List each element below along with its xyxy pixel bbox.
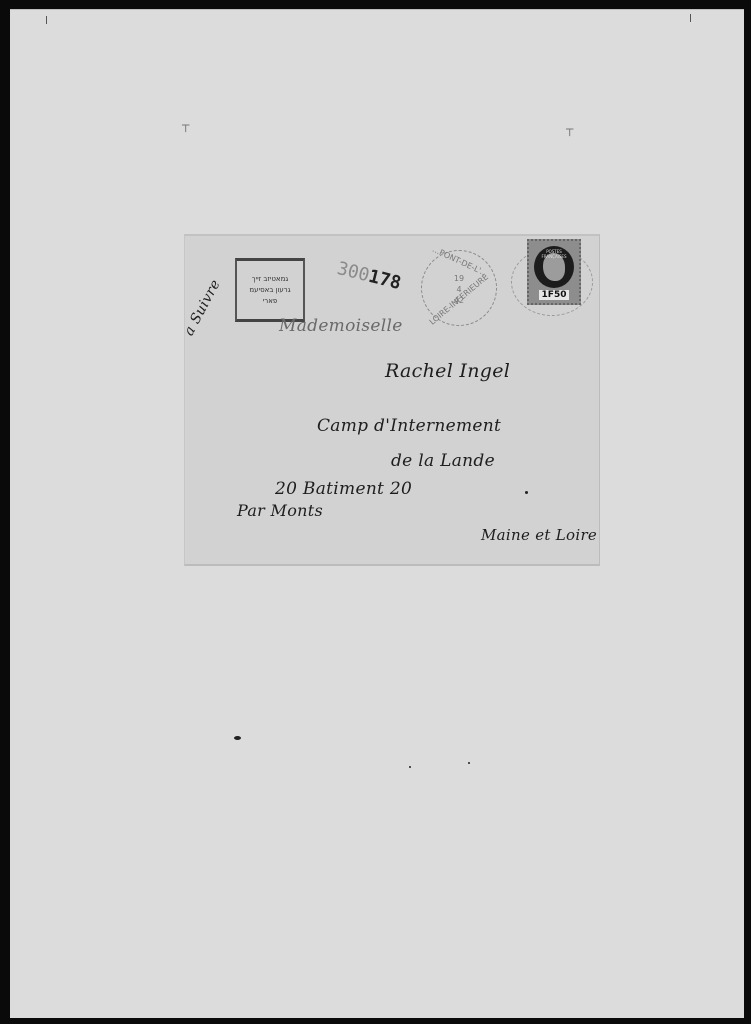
stamp-portrait: POSTES FRANÇAISES <box>534 246 574 288</box>
ink-speck <box>234 736 241 740</box>
stamp-value: 1F50 <box>539 290 570 300</box>
scan-mark <box>690 14 691 22</box>
address-line-3: 20 Batiment 20 <box>275 479 412 499</box>
org-stamp-line: גמאטיזב זייך <box>252 275 288 283</box>
envelope: a Suivre גמאטיזב זייך גרעון באסיעמ פארי … <box>184 234 600 566</box>
address-line-1: Camp d'Internement <box>317 416 501 436</box>
ink-speck <box>468 762 470 764</box>
address-department: Maine et Loire <box>481 526 597 544</box>
document-sheet: ┬ ┬ a Suivre גמאטיזב זייך גרעון באסיעמ פ… <box>10 9 744 1018</box>
org-stamp-line: גרעון באסיעמ <box>249 286 290 294</box>
ink-speck <box>409 766 411 768</box>
registration-mark: ┬ <box>566 122 573 136</box>
address-via: Par Monts <box>237 501 323 520</box>
salutation: Mademoiselle <box>279 316 403 336</box>
postmark: ...PONT-DE-L'... 19 4 42 LOIRE-INFERIEUR… <box>421 250 497 326</box>
organization-stamp: גמאטיזב זייך גרעון באסיעמ פארי <box>235 258 305 322</box>
address-line-2: de la Lande <box>391 451 495 471</box>
org-stamp-line: פארי <box>263 297 278 305</box>
registration-mark: ┬ <box>182 118 189 132</box>
side-note: a Suivre <box>181 277 224 339</box>
scan-mark <box>46 16 47 24</box>
ink-dot <box>525 491 528 494</box>
recipient-name: Rachel Ingel <box>385 360 510 382</box>
postage-stamp: POSTES FRANÇAISES 1F50 <box>527 239 581 305</box>
serial-number: 300178 <box>335 258 403 294</box>
